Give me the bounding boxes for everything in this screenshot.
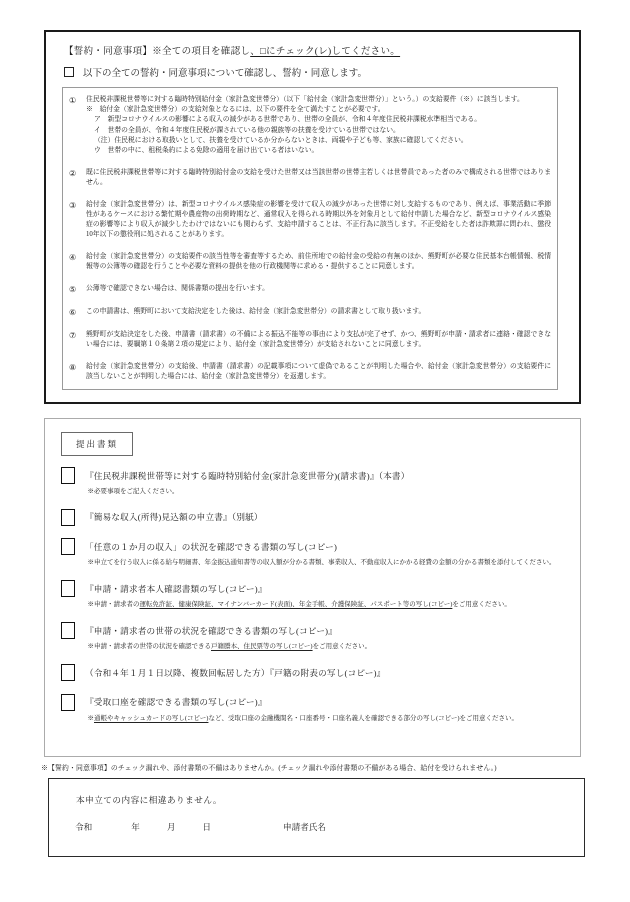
- era-label: 令和: [75, 822, 92, 832]
- pledge-title-main: 【誓約・同意事項】※全ての項目を確認し: [64, 47, 250, 57]
- document-note-segment: ※申立てを行う収入に係る給与明細書、年金振込通知書等の収入額が分かる書類、事業収…: [88, 559, 556, 566]
- document-checkbox[interactable]: [61, 622, 75, 639]
- document-item-head: 『申請・請求者の世帯の状況を確認できる書類の写し(コピー)』: [61, 622, 564, 639]
- pledge-item-text: 既に住民税非課税世帯等に対する臨時特別給付金の支給を受けた世帯又は当該世帯の世帯…: [86, 168, 551, 188]
- pledge-item-text: 給付金（家計急変世帯分）は、新型コロナウイルス感染症の影響を受けて収入の減少があ…: [86, 200, 551, 241]
- pledge-item-text: 給付金（家計急変世帯分）の支給要件の該当性等を審査等するため、前住所地での給付金…: [86, 252, 551, 272]
- pledge-title-underlined: 、□にチェック(レ)してください。: [250, 47, 400, 57]
- pledge-item-text: 給付金（家計急変世帯分）の支給後、申請書（請求書）の記載事項について虚偽であるこ…: [86, 362, 551, 382]
- document-note-segment: ※申請・請求者の世帯の状況を確認できる: [88, 643, 212, 650]
- document-note-segment: ※必要事項をご記入ください。: [88, 488, 179, 495]
- document-checkbox[interactable]: [61, 467, 75, 484]
- document-title: 『住民税非課税世帯等に対する臨時特別給付金(家計急変世帯分)(請求書)』（本書）: [85, 470, 410, 482]
- document-item-head: 『住民税非課税世帯等に対する臨時特別給付金(家計急変世帯分)(請求書)』（本書）: [61, 467, 564, 484]
- pledge-line: ウ 世帯の中に、租税条約による免除の適用を届け出ている者はいない。: [86, 146, 551, 156]
- pledge-item-text: 公簿等で確認できない場合は、関係書類の提出を行います。: [86, 284, 551, 294]
- declaration-text: 本申立ての内容に相違ありません。: [76, 794, 222, 806]
- document-checkbox[interactable]: [61, 538, 75, 555]
- pledge-item-number: ⑦: [69, 330, 86, 341]
- document-note: ※申請・請求者の運転免許証、健康保険証、マイナンバーカード(表面)、年金手帳、介…: [61, 600, 564, 609]
- pledge-title: 【誓約・同意事項】※全ての項目を確認し、□にチェック(レ)してください。: [64, 43, 400, 57]
- document-item-head: 「任意の１か月の収入」の状況を確認できる書類の写し(コピー): [61, 538, 564, 555]
- document-item-head: 『受取口座を確認できる書類の写し(コピー)』: [61, 694, 564, 711]
- document-title: 『受取口座を確認できる書類の写し(コピー)』: [85, 696, 267, 708]
- documents-label: 提出書類: [61, 432, 133, 456]
- pledge-line: 既に住民税非課税世帯等に対する臨時特別給付金の支給を受けた世帯又は当該世帯の世帯…: [86, 168, 551, 188]
- document-item: 『申請・請求者本人確認書類の写し(コピー)』※申請・請求者の運転免許証、健康保険…: [61, 580, 564, 609]
- application-form-page: { "pledge_section": { "title_main": "【誓約…: [0, 0, 630, 902]
- document-title: 『申請・請求者本人確認書類の写し(コピー)』: [85, 583, 267, 595]
- pledge-line: （注）住民税における取扱いとして、扶養を受けているか分からないときは、両親や子ど…: [86, 136, 551, 146]
- pledge-item-number: ②: [69, 168, 86, 179]
- document-checkbox[interactable]: [61, 580, 75, 597]
- document-note-segment: ※申請・請求者の: [88, 601, 140, 608]
- document-item-head: 『申請・請求者本人確認書類の写し(コピー)』: [61, 580, 564, 597]
- pledge-item-number: ④: [69, 252, 86, 263]
- pledge-item: ①住民税非課税世帯等に対する臨時特別給付金（家計急変世帯分）（以下「給付金（家計…: [69, 95, 551, 156]
- pledge-line: この申請書は、熊野町において支給決定をした後は、給付金（家計急変世帯分）の請求書…: [86, 307, 551, 317]
- pledge-line: 公簿等で確認できない場合は、関係書類の提出を行います。: [86, 284, 551, 294]
- document-note-segment: をご用意ください。: [452, 601, 511, 608]
- document-item: 『住民税非課税世帯等に対する臨時特別給付金(家計急変世帯分)(請求書)』（本書）…: [61, 467, 564, 496]
- pledge-item-number: ③: [69, 200, 86, 211]
- pledge-line: 給付金（家計急変世帯分）の支給後、申請書（請求書）の記載事項について虚偽であるこ…: [86, 362, 551, 382]
- pledge-item: ⑤公簿等で確認できない場合は、関係書類の提出を行います。: [69, 284, 551, 295]
- pledge-item: ⑦熊野町が支給決定をした後、申請書（請求書）の不備による振込不能等の事由により支…: [69, 330, 551, 350]
- pledge-item: ②既に住民税非課税世帯等に対する臨時特別給付金の支給を受けた世帯又は当該世帯の世…: [69, 168, 551, 188]
- document-title: 『簡易な収入(所得)見込額の申立書』（別紙）: [85, 511, 263, 523]
- document-note-segment: など、受取口座の金融機関名・口座番号・口座名義人を確認できる部分の写し(コピー)…: [208, 715, 518, 722]
- pledge-line: ※ 給付金（家計急変世帯分）の支給対象となるには、以下の要件を全て満たすことが必…: [86, 105, 551, 115]
- document-items: 『住民税非課税世帯等に対する臨時特別給付金(家計急変世帯分)(請求書)』（本書）…: [61, 467, 564, 723]
- pledge-item-number: ⑥: [69, 307, 86, 318]
- pledge-item-text: 住民税非課税世帯等に対する臨時特別給付金（家計急変世帯分）（以下「給付金（家計急…: [86, 95, 551, 156]
- agree-row: 以下の全ての誓約・同意事項について確認し、誓約・同意します。: [64, 65, 367, 79]
- pledge-items: ①住民税非課税世帯等に対する臨時特別給付金（家計急変世帯分）（以下「給付金（家計…: [62, 87, 558, 390]
- document-note: ※申請・請求者の世帯の状況を確認できる戸籍謄本、住民票等の写し(コピー)をご用意…: [61, 642, 564, 651]
- date-row: 令和年月日申請者氏名: [75, 821, 326, 833]
- footer-note: ※【誓約・同意事項】のチェック漏れや、添付書類の不備はありませんか。(チェック漏…: [41, 762, 589, 772]
- pledge-line: ア 新型コロナウイルスの影響による収入の減少がある世帯であり、世帯の全員が、令和…: [86, 115, 551, 125]
- document-checkbox[interactable]: [61, 664, 75, 681]
- document-note: ※申立てを行う収入に係る給与明細書、年金振込通知書等の収入額が分かる書類、事業収…: [61, 558, 564, 567]
- pledge-line: イ 世帯の全員が、令和４年度住民税が課されている他の親族等の扶養を受けている世帯…: [86, 126, 551, 136]
- pledge-item-number: ⑤: [69, 284, 86, 295]
- declaration-section: 本申立ての内容に相違ありません。 令和年月日申請者氏名: [48, 778, 585, 857]
- document-item-head: （令和４年１月１日以降、複数回転居した方）『戸籍の附表の写し(コピー)』: [61, 664, 564, 681]
- document-note-segment: 戸籍謄本、住民票等の写し(コピー): [211, 643, 313, 650]
- document-note-segment: 通帳やキャッシュカードの写し(コピー): [94, 715, 208, 722]
- document-title: 「任意の１か月の収入」の状況を確認できる書類の写し(コピー): [85, 541, 337, 553]
- applicant-name-label: 申請者氏名: [283, 822, 326, 832]
- document-note: ※必要事項をご記入ください。: [61, 487, 564, 496]
- document-checkbox[interactable]: [61, 694, 75, 711]
- pledge-item: ⑧給付金（家計急変世帯分）の支給後、申請書（請求書）の記載事項について虚偽である…: [69, 362, 551, 382]
- document-note: ※通帳やキャッシュカードの写し(コピー)など、受取口座の金融機関名・口座番号・口…: [61, 714, 564, 723]
- document-title: 『申請・請求者の世帯の状況を確認できる書類の写し(コピー)』: [85, 625, 337, 637]
- pledge-item-text: この申請書は、熊野町において支給決定をした後は、給付金（家計急変世帯分）の請求書…: [86, 307, 551, 317]
- pledge-item: ③給付金（家計急変世帯分）は、新型コロナウイルス感染症の影響を受けて収入の減少が…: [69, 200, 551, 241]
- month-label: 月: [167, 822, 176, 832]
- pledge-section: 【誓約・同意事項】※全ての項目を確認し、□にチェック(レ)してください。 以下の…: [44, 30, 581, 404]
- pledge-line: 熊野町が支給決定をした後、申請書（請求書）の不備による振込不能等の事由により支払…: [86, 330, 551, 350]
- agree-checkbox[interactable]: [64, 67, 74, 77]
- document-item: 「任意の１か月の収入」の状況を確認できる書類の写し(コピー)※申立てを行う収入に…: [61, 538, 564, 567]
- document-title: （令和４年１月１日以降、複数回転居した方）『戸籍の附表の写し(コピー)』: [85, 667, 385, 679]
- document-item: 『受取口座を確認できる書類の写し(コピー)』※通帳やキャッシュカードの写し(コピ…: [61, 694, 564, 723]
- document-note-segment: 運転免許証、健康保険証、マイナンバーカード(表面)、年金手帳、介護保険証、パスポ…: [140, 601, 453, 608]
- document-note-segment: をご用意ください。: [313, 643, 372, 650]
- document-item-head: 『簡易な収入(所得)見込額の申立書』（別紙）: [61, 509, 564, 526]
- pledge-line: 給付金（家計急変世帯分）の支給要件の該当性等を審査等するため、前住所地での給付金…: [86, 252, 551, 272]
- pledge-line: 給付金（家計急変世帯分）は、新型コロナウイルス感染症の影響を受けて収入の減少があ…: [86, 200, 551, 241]
- document-item: 『申請・請求者の世帯の状況を確認できる書類の写し(コピー)』※申請・請求者の世帯…: [61, 622, 564, 651]
- day-label: 日: [202, 822, 211, 832]
- documents-section: 提出書類 『住民税非課税世帯等に対する臨時特別給付金(家計急変世帯分)(請求書)…: [44, 418, 581, 757]
- pledge-item: ⑥この申請書は、熊野町において支給決定をした後は、給付金（家計急変世帯分）の請求…: [69, 307, 551, 318]
- pledge-item-number: ⑧: [69, 362, 86, 373]
- pledge-item: ④給付金（家計急変世帯分）の支給要件の該当性等を審査等するため、前住所地での給付…: [69, 252, 551, 272]
- document-item: 『簡易な収入(所得)見込額の申立書』（別紙）: [61, 509, 564, 526]
- pledge-line: 住民税非課税世帯等に対する臨時特別給付金（家計急変世帯分）（以下「給付金（家計急…: [86, 95, 551, 105]
- document-item: （令和４年１月１日以降、複数回転居した方）『戸籍の附表の写し(コピー)』: [61, 664, 564, 681]
- pledge-item-number: ①: [69, 95, 86, 106]
- document-checkbox[interactable]: [61, 509, 75, 526]
- year-label: 年: [131, 822, 140, 832]
- pledge-item-text: 熊野町が支給決定をした後、申請書（請求書）の不備による振込不能等の事由により支払…: [86, 330, 551, 350]
- agree-label: 以下の全ての誓約・同意事項について確認し、誓約・同意します。: [83, 65, 367, 79]
